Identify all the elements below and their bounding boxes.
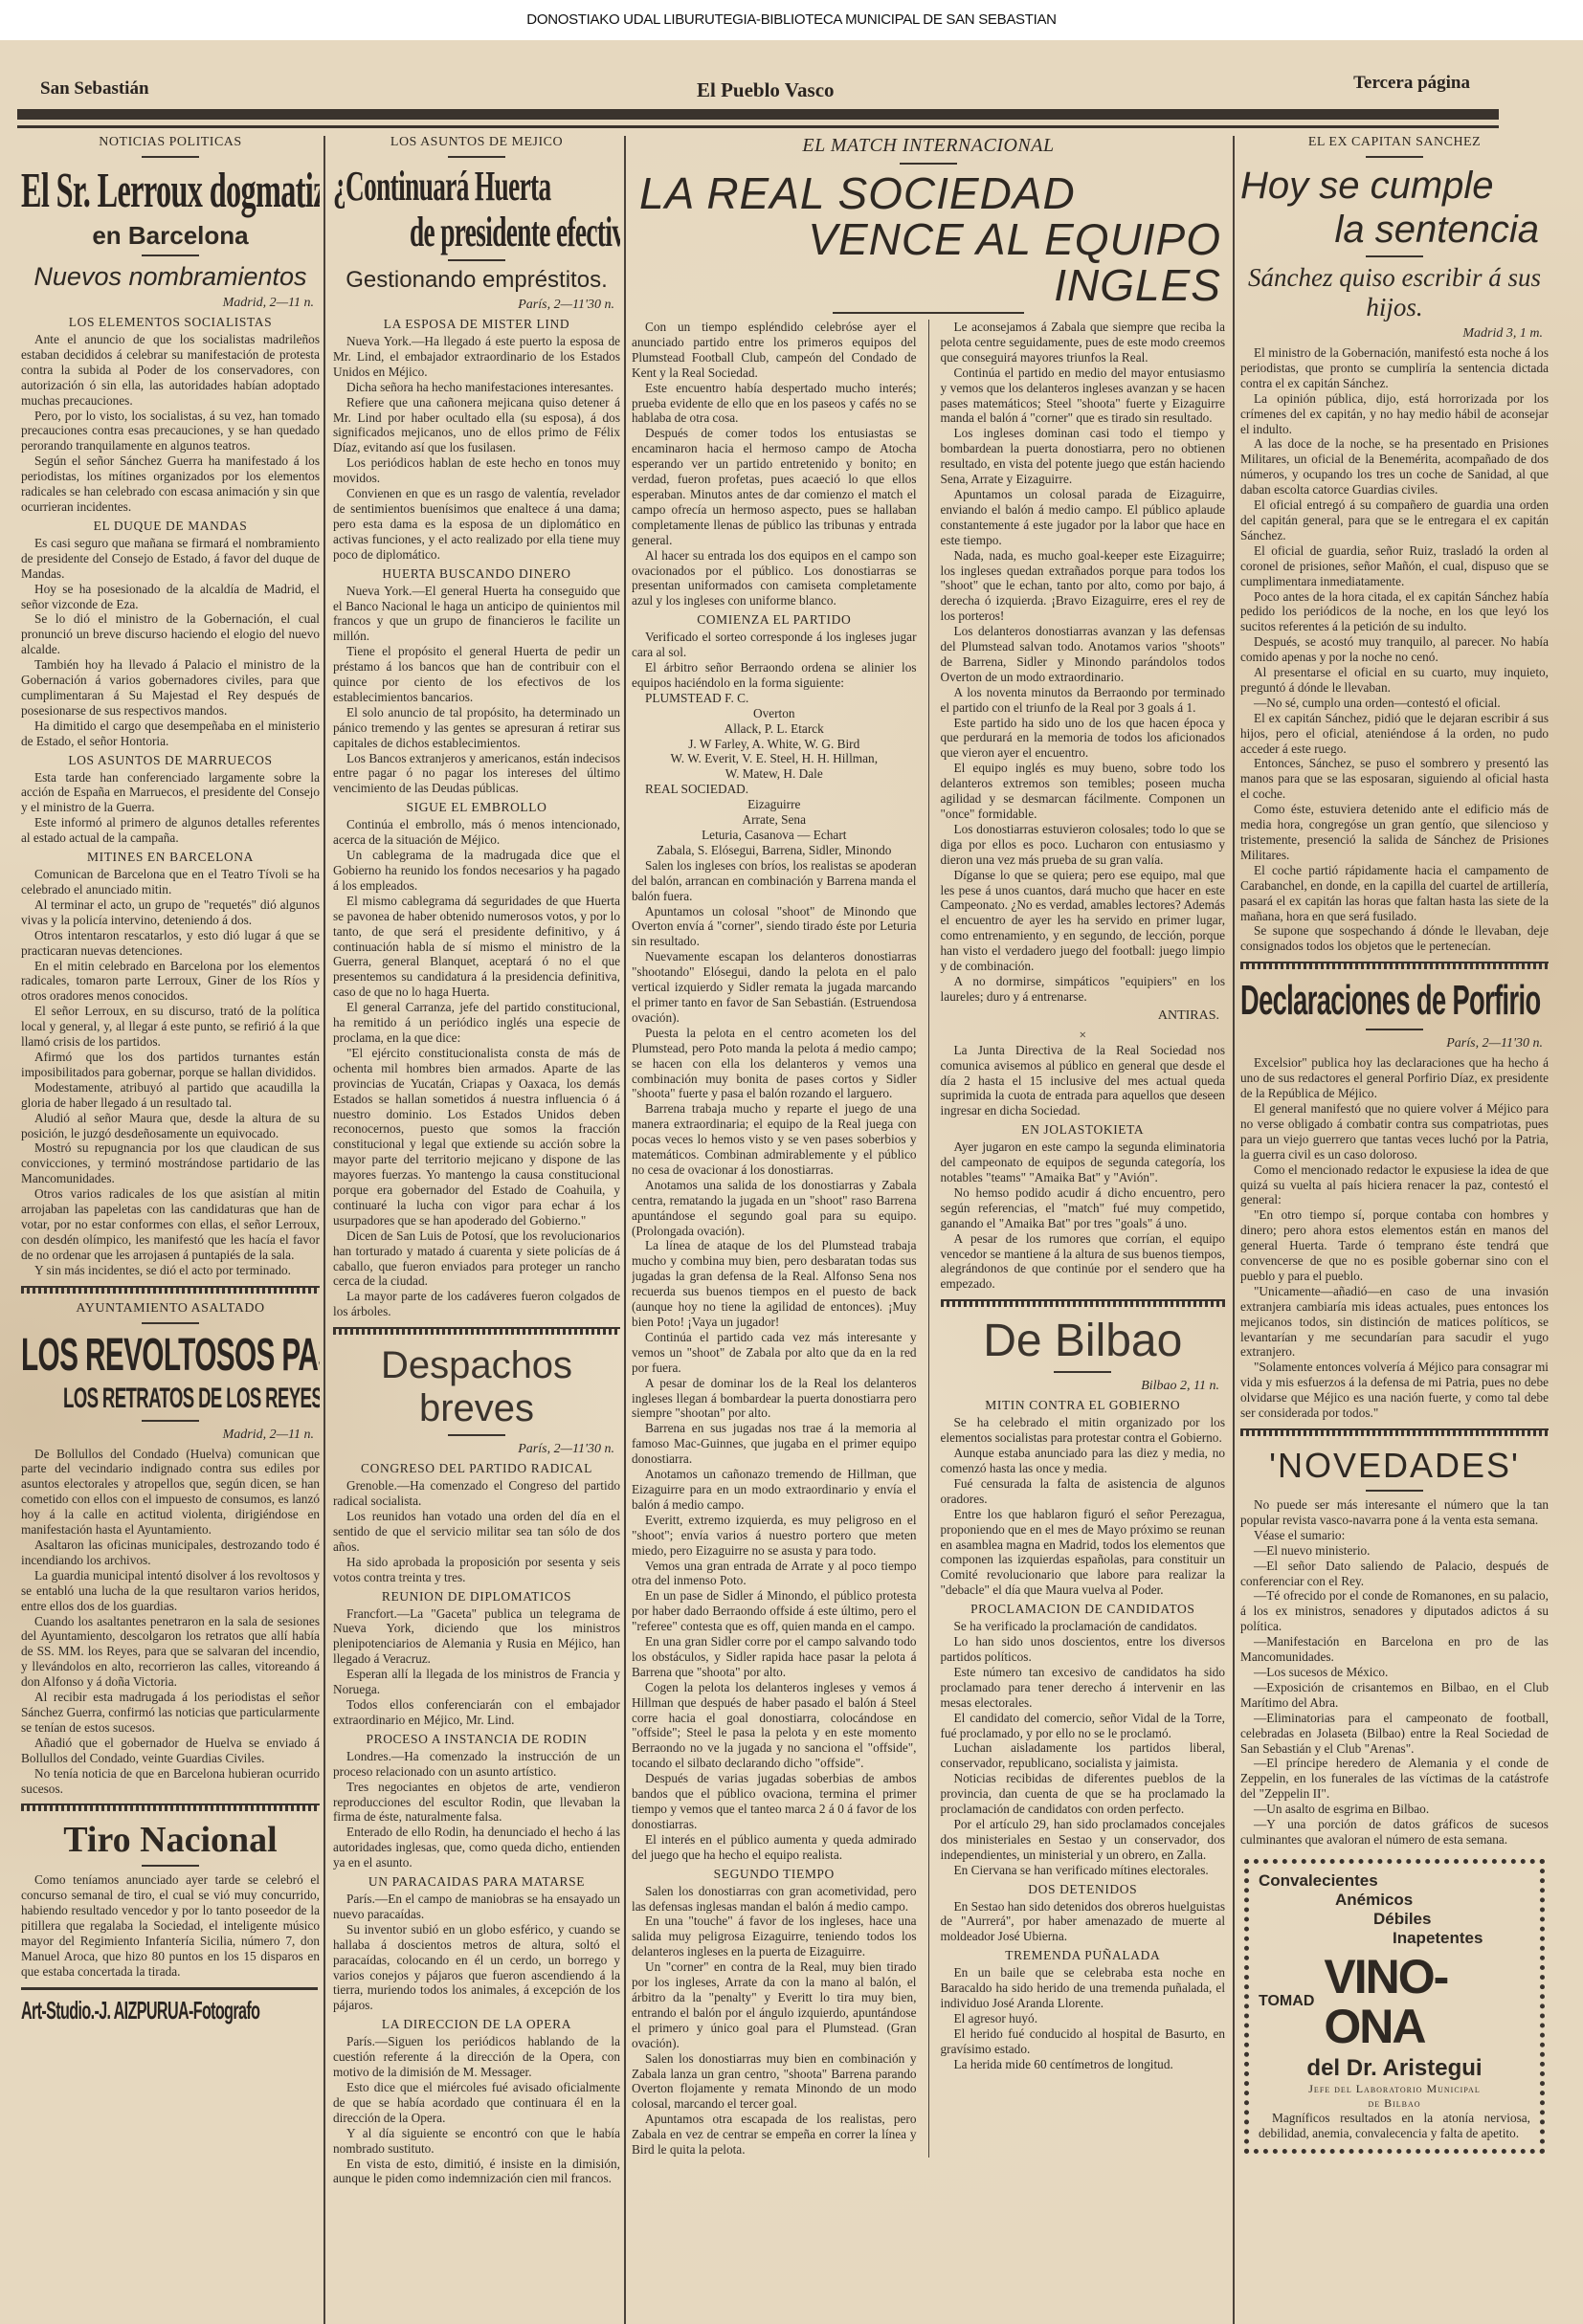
section-subhead: SEGUNDO TIEMPO [632,1867,917,1882]
section-subhead: PROCLAMACION DE CANDIDATOS [941,1602,1226,1617]
paragraph: En el mitin celebrado en Barcelona por l… [21,959,320,1005]
dateline: París, 2—11'30 n. [1240,1036,1543,1051]
ornamental-rule [1240,962,1549,969]
paragraph: Otros intentaron rescatarlos, y esto dió… [21,928,320,959]
paragraph: Un "corner" en contra de la Real, muy bi… [632,1959,917,2050]
paragraph: A no dormirse, simpáticos "equipiers" en… [941,974,1226,1005]
team-name: PLUMSTEAD F. C. [632,691,917,706]
section-subhead: LOS ELEMENTOS SOCIALISTAS [21,315,320,330]
paragraph: Los reunidos han votado una orden del dí… [333,1509,620,1555]
paragraph: Esto dice que el miércoles fué avisado o… [333,2080,620,2126]
paragraph: El solo anuncio de tal propósito, ha det… [333,705,620,751]
list-item: —El nuevo ministerio. [1240,1543,1549,1559]
paragraph: Barrena trabaja mucho y reparte el juego… [632,1101,917,1178]
paragraph: Véase el sumario: [1240,1528,1549,1543]
paragraph: Entre los que hablaron figuró el señor P… [941,1507,1226,1598]
section-subhead: MITINES EN BARCELONA [21,850,320,865]
paragraph: Al hacer su entrada los dos equipos en e… [632,548,917,609]
paragraph: Los periódicos hablan de este hecho en t… [333,455,620,486]
paragraph: El herido fué conducido al hospital de B… [941,2026,1226,2057]
paragraph: El interés en el público aumenta y queda… [632,1832,917,1863]
paragraph: Asaltaron las oficinas municipales, dest… [21,1538,320,1568]
match-left-column: Con un tiempo espléndido celebróse ayer … [632,320,917,2158]
paragraph: Pero, por lo visto, los socialistas, á s… [21,409,320,454]
headline: 'NOVEDADES' [1240,1446,1549,1486]
paragraph: Díganse lo que se quiera; pero ese equip… [941,868,1226,974]
paragraph: El equipo inglés es muy bueno, sobre tod… [941,761,1226,822]
paragraph: Continúa el partido cada vez más interes… [632,1330,917,1376]
paragraph: Después de varias jugadas soberbias de a… [632,1771,917,1832]
paragraph: El general manifestó que no quiere volve… [1240,1101,1549,1162]
paragraph: En un pase de Sidler á Minondo, el públi… [632,1588,917,1634]
masthead-rule-thin [17,125,1499,128]
paragraph: El general Carranza, jefe del partido co… [333,1000,620,1046]
paragraph: En Ciervana se han verificado mítines el… [941,1863,1226,1878]
paragraph: Como el mencionado redactor le expusiese… [1240,1162,1549,1208]
section-subhead: CONGRESO DEL PARTIDO RADICAL [333,1461,620,1476]
divider [1366,255,1423,257]
section-subhead: COMIENZA EL PARTIDO [632,612,917,628]
column-divider [624,136,626,2324]
headline: Despachos breves [333,1344,620,1430]
paragraph: En vista de esto, dimitió, é insiste en … [333,2157,620,2187]
list-item: —Los sucesos de México. [1240,1665,1549,1680]
section-subhead: TREMENDA PUÑALADA [941,1948,1226,1963]
ad-body: Magníficos resultados en la atonía nervi… [1259,2111,1530,2141]
paragraph: Esperan allí la llegada de los ministros… [333,1667,620,1697]
ad-title: Jefe del Laboratorio Municipal [1259,2082,1530,2096]
paragraph: Ha dimitido el cargo que desempeñaba en … [21,719,320,749]
lineup-line: Overton [632,706,917,721]
paragraph: Es casi seguro que mañana se firmará el … [21,536,320,582]
paragraph: Verificado el sorteo corresponde á los i… [632,630,917,660]
paragraph: Este encuentro había despertado mucho in… [632,381,917,427]
divider [1366,1029,1423,1030]
divider [1366,1490,1423,1492]
lineup-line: Leturia, Casanova — Echart [632,828,917,843]
divider [448,259,505,261]
paragraph: Dicen de San Luis de Potosí, que los rev… [333,1228,620,1290]
paragraph: —No sé, cumplo una orden—contestó el ofi… [1240,696,1549,711]
paragraph: Los ingleses dominan casi todo el tiempo… [941,426,1226,487]
paragraph: —Y una porción de datos gráficos de suce… [1240,1817,1549,1848]
advertisement-footer: Art-Studio.-J. AIZPURUA-Fotografo [21,1987,318,2025]
lineup-line: W. W. Everit, V. E. Steel, H. H. Hillman… [632,751,917,766]
paragraph: Nueva York.—El general Huerta ha consegu… [333,584,620,645]
paragraph: En Sestao han sido detenidos dos obreros… [941,1899,1226,1945]
paragraph: Lo han sido unos doscientos, entre los d… [941,1634,1226,1665]
paragraph: La herida mide 60 centímetros de longitu… [941,2057,1226,2072]
paragraph: Un cablegrama de la madrugada dice que e… [333,848,620,894]
ad-line: Anémicos [1259,1891,1530,1910]
paragraph: Salen los ingleses con bríos, los realis… [632,858,917,904]
paragraph: Anotamos una salida de los donostiarras … [632,1178,917,1239]
dateline: París, 2—11'30 n. [333,298,614,313]
headline: Declaraciones de Porfirio Díaz [1240,977,1549,1025]
archive-banner: DONOSTIAKO UDAL LIBURUTEGIA-BIBLIOTECA M… [0,0,1583,40]
section-subhead: DOS DETENIDOS [941,1882,1226,1897]
paragraph: El agresor huyó. [941,2011,1226,2026]
section-subhead: LOS ASUNTOS DE MARRUECOS [21,753,320,768]
paragraph: Anotamos un cañonazo tremendo de Hillman… [632,1467,917,1513]
ad-product-row: TOMAD VINO-ONA [1259,1952,1530,2051]
headline-line-1: ¿Continuará Huerta [333,164,620,210]
paragraph: A los noventa minutos da Berraondo por t… [941,685,1226,716]
paragraph: Los Bancos extranjeros y americanos, est… [333,751,620,797]
section-subhead: EN JOLASTOKIETA [941,1122,1226,1138]
deck: Gestionando empréstitos. [333,267,620,294]
ad-line: Inapetentes [1259,1929,1530,1948]
masthead-rule-thick [17,109,1499,120]
paragraph: Noticias recibidas de diferentes pueblos… [941,1771,1226,1817]
divider [142,1865,199,1867]
paragraph: Londres.—Ha comenzado la instrucción de … [333,1749,620,1780]
paragraph: Como éste, estuviera detenido ante el ed… [1240,802,1549,863]
section-subhead: SIGUE EL EMBROLLO [333,800,620,815]
ornamental-rule [1240,1428,1549,1436]
paragraph: A las doce de la noche, se ha presentado… [1240,436,1549,498]
ad-doctor: del Dr. Aristegui [1259,2055,1530,2082]
masthead-city: San Sebastián [40,78,149,100]
list-item: —Eliminatorias para el campeonato de foo… [1240,1711,1549,1757]
headline-line-2: VENCE AL EQUIPO INGLES [632,216,1225,308]
headline: El Sr. Lerroux dogmatiza [21,164,318,219]
headline-line-1: Hoy se cumple [1240,164,1549,208]
separator-glyph: × [941,1028,1226,1043]
section-subhead: HUERTA BUSCANDO DINERO [333,566,620,582]
paragraph: La mayor parte de los cadáveres fueron c… [333,1289,620,1319]
paragraph: Se ha celebrado el mitin organizado por … [941,1415,1226,1446]
section-subhead: PROCESO A INSTANCIA DE RODIN [333,1732,620,1747]
column-divider [323,136,325,2324]
paragraph: Por el artículo 29, han sido proclamados… [941,1817,1226,1863]
paragraph: "El ejército constitucionalista consta d… [333,1046,620,1228]
paragraph: El ex capitán Sánchez, pidió que le deja… [1240,711,1549,757]
list-item: —Exposición de crisantemos en Bilbao, en… [1240,1680,1549,1711]
paragraph: A pesar de los rumores que corrían, el e… [941,1231,1226,1293]
paragraph: Le aconsejamos á Zabala que siempre que … [941,320,1226,365]
paragraph: Ante el anuncio de que los socialistas m… [21,332,320,409]
lineup-line: Arrate, Sena [632,812,917,828]
paragraph: De Bollullos del Condado (Huelva) comuni… [21,1447,320,1538]
paragraph: Tres negociantes en objetos de arte, ven… [333,1780,620,1826]
list-item: —Un asalto de esgrima en Bilbao. [1240,1802,1549,1817]
section-subhead: LA DIRECCION DE LA OPERA [333,2017,620,2032]
paragraph: Cuando los asaltantes penetraron en la s… [21,1614,320,1691]
ad-title: de Bilbao [1259,2096,1530,2111]
section-kicker: NOTICIAS POLITICAS [21,135,320,150]
paragraph: Después de comer todos los entusiastas s… [632,426,917,547]
column-football-match: EL MATCH INTERNACIONAL LA REAL SOCIEDAD … [632,131,1225,2303]
section-kicker: AYUNTAMIENTO ASALTADO [21,1301,320,1317]
section-subhead: REUNION DE DIPLOMATICOS [333,1589,620,1605]
paragraph: Con un tiempo espléndido celebróse ayer … [632,320,917,381]
paragraph: La línea de ataque de los del Plumstead … [632,1238,917,1329]
paragraph: La opinión pública, dijo, está horroriza… [1240,391,1549,437]
headline: Tiro Nacional [21,1819,320,1861]
paragraph: Afirmó que los dos partidos turnantes es… [21,1050,320,1080]
headline: De Bilbao [941,1315,1226,1367]
divider [1366,156,1423,158]
headline-line-2: la sentencia [1240,208,1549,252]
paragraph: La Junta Directiva de la Real Sociedad n… [941,1043,1226,1119]
dateline: París, 2—11'30 n. [333,1442,614,1457]
divider [142,255,199,256]
ornamental-rule [21,1804,320,1811]
masthead-title: El Pueblo Vasco [697,78,835,102]
paragraph: El señor Lerroux, en su discurso, trató … [21,1004,320,1050]
paragraph: "Solamente entonces volvería á Méjico pa… [1240,1360,1549,1421]
section-kicker: LOS ASUNTOS DE MEJICO [333,135,620,150]
paragraph: Enterado de ello Rodin, ha denunciado el… [333,1825,620,1870]
paragraph: No hemso podido acudir á dicho encuentro… [941,1185,1226,1231]
paragraph: El mismo cablegrama dá seguridades de qu… [333,894,620,1000]
paragraph: Excelsior" publica hoy las declaraciones… [1240,1055,1549,1101]
divider [142,156,199,158]
paragraph: Mostró su repugnancia por los que claudi… [21,1140,320,1186]
paragraph: Nueva York.—Ha llegado á este puerto la … [333,334,620,380]
dateline: Madrid 3, 1 m. [1240,326,1543,342]
paragraph: Añadió que el gobernador de Huelva se en… [21,1736,320,1766]
paragraph: Y al día siguiente se encontró con que l… [333,2126,620,2157]
list-item: —El señor Dato saliendo de Palacio, desp… [1240,1559,1549,1589]
paragraph: Los donostiarras estuvieron colosales; t… [941,822,1226,868]
section-subhead: LA ESPOSA DE MISTER LIND [333,317,620,332]
paragraph: Barrena en sus jugadas nos trae á la mem… [632,1421,917,1467]
lineup-line: J. W Farley, A. White, W. G. Bird [632,737,917,752]
section-subhead: UN PARACAIDAS PARA MATARSE [333,1874,620,1890]
headline-line-1: LA REAL SOCIEDAD [632,170,1225,216]
paragraph: Se ha verificado la proclamación de cand… [941,1619,1226,1634]
paragraph: Refiere que una cañonera mejicana quiso … [333,395,620,456]
paragraph: Comunican de Barcelona que en el Teatro … [21,867,320,897]
paragraph: También hoy ha llevado á Palacio el mini… [21,657,320,719]
divider [448,1434,505,1436]
dateline: Madrid, 2—11 n. [21,1428,314,1443]
paragraph: Modestamente, atribuyó al partido que ac… [21,1080,320,1111]
lineup-line: Zabala, S. Elósegui, Barrena, Sidler, Mi… [632,843,917,858]
divider [448,156,505,158]
ad-tomad: TOMAD [1259,1993,1314,2010]
ad-product-name: VINO-ONA [1324,1952,1530,2051]
paragraph: "En otro tiempo sí, porque contaba con h… [1240,1207,1549,1284]
paragraph: Se lo dió el ministro de la Gobernación,… [21,611,320,657]
paragraph: Como teníamos anunciado ayer tarde se ce… [21,1872,320,1979]
paragraph: Entonces, Sánchez, se puso el sombrero y… [1240,756,1549,802]
paragraph: Este informó al primero de algunos detal… [21,815,320,846]
headline-line-2: de presidente efectivo? [410,210,620,255]
paragraph: Ayer jugaron en este campo la segunda el… [941,1140,1226,1185]
paragraph: Salen los donostiarras muy bien en combi… [632,2051,917,2113]
paragraph: París.—En el campo de maniobras se ha en… [333,1892,620,1922]
paragraph: Y sin más incidentes, se dió el acto por… [21,1263,320,1278]
paragraph: El árbitro señor Berraondo ordena se ali… [632,660,917,691]
deck: Nuevos nombramientos [21,262,320,292]
paragraph: Este número tan excesivo de candidatos h… [941,1665,1226,1711]
divider [142,1322,199,1324]
paragraph: Fué censurada la falta de asistencia de … [941,1476,1226,1507]
masthead-page: Tercera página [1353,73,1470,94]
lineup-line: Eizaguirre [632,797,917,812]
masthead: San Sebastián El Pueblo Vasco Tercera pá… [17,77,1499,105]
section-kicker: EL MATCH INTERNACIONAL [632,135,1225,157]
paragraph: El oficial entregó á su compañero de gua… [1240,498,1549,543]
list-item: —Té ofrecido por el conde de Romanones, … [1240,1588,1549,1634]
paragraph: "Unicamente—añadió—en caso de una invasi… [1240,1284,1549,1361]
paragraph: Ha sido aprobada la proposición por sese… [333,1555,620,1585]
paragraph: Aunque estaba anunciado para las diez y … [941,1446,1226,1476]
paragraph: En una gran Sidler corre por el campo sa… [632,1634,917,1680]
dateline: Madrid, 2—11 n. [21,296,314,311]
paragraph: Cogen la pelota los delanteros ingleses … [632,1680,917,1771]
paragraph: Puesta la pelota en el centro acometen l… [632,1026,917,1102]
column-divider [1233,136,1235,2324]
divider [142,1420,199,1422]
column-mexico: LOS ASUNTOS DE MEJICO ¿Continuará Huerta… [333,131,620,2303]
divider [1054,1371,1111,1373]
paragraph: Se supone que sospechando á dónde le lle… [1240,923,1549,954]
lineup-line: Allack, P. L. Etarck [632,721,917,737]
byline: ANTIRAS. [941,1008,1220,1024]
paragraph: Poco antes de la hora citada, el ex capi… [1240,589,1549,635]
paragraph: Vemos una gran entrada de Arrate y al po… [632,1559,917,1589]
paragraph: Convienen en que es un rasgo de valentía… [333,486,620,563]
ornamental-rule [333,1327,620,1335]
newspaper-page: San Sebastián El Pueblo Vasco Tercera pá… [0,40,1583,2324]
paragraph: Nada, nada, es mucho goal-keeper este Ei… [941,548,1226,625]
ad-line: Convalecientes [1259,1871,1530,1891]
paragraph: Aludió al señor Maura que, desde la altu… [21,1111,320,1141]
paragraph: Al terminar el acto, un grupo de "requet… [21,897,320,928]
dateline: Bilbao 2, 11 n. [941,1379,1220,1394]
paragraph: Después, se acostó muy tranquilo, al par… [1240,634,1549,665]
paragraph: Hoy se ha posesionado de la alcaldía de … [21,582,320,612]
paragraph: Continúa el partido en medio del mayor e… [941,365,1226,427]
paragraph: Continúa el embrollo, más ó menos intenc… [333,817,620,848]
paragraph: Grenoble.—Ha comenzado el Congreso del p… [333,1478,620,1509]
subheadline: en Barcelona [21,221,320,251]
section-subhead: MITIN CONTRA EL GOBIERNO [941,1398,1226,1413]
paragraph: Apuntamos un colosal parada de Eizaguirr… [941,487,1226,548]
ornamental-rule [21,1286,320,1294]
headline: LOS REVOLTOSOS PASEAN EN TRIUNFO [21,1330,318,1382]
divider [900,163,957,165]
paragraph: El oficial de guardia, señor Ruiz, trasl… [1240,543,1549,589]
paragraph: El ministro de la Gobernación, manifestó… [1240,345,1549,391]
deck: Sánchez quiso escribir á sus hijos. [1240,263,1549,322]
advertisement-vino-ona: Convalecientes Anémicos Débiles Inapeten… [1244,1859,1545,2154]
paragraph: Nuevamente escapan los delanteros donost… [632,949,917,1026]
paragraph: No puede ser más interesante el número q… [1240,1497,1549,1528]
column-politics: NOTICIAS POLITICAS El Sr. Lerroux dogmat… [21,131,320,2303]
team-name: REAL SOCIEDAD. [632,782,917,797]
paragraph: En un baile que se celebraba esta noche … [941,1965,1226,2011]
paragraph: Apuntamos un colosal "shoot" de Minondo … [632,904,917,950]
paragraph: En una "touche" á favor de los ingleses,… [632,1914,917,1959]
lineup-line: W. Matew, H. Dale [632,766,917,782]
paragraph: Francfort.—La "Gaceta" publica un telegr… [333,1606,620,1668]
headline: Hoy se cumple la sentencia [1240,164,1549,252]
paragraph: A pesar de dominar los de la Real los de… [632,1376,917,1422]
paragraph: Todos ellos conferenciarán con el embaja… [333,1697,620,1728]
paragraph: Al presentarse el oficial en su cuarto, … [1240,665,1549,696]
ornamental-rule [941,1299,1226,1307]
paragraph: París.—Siguen los periódicos hablando de… [333,2034,620,2080]
section-subhead: EL DUQUE DE MANDAS [21,519,320,534]
paragraph: Su inventor subió en un globo esférico, … [333,1922,620,2013]
paragraph: Otros varios radicales de los que asistí… [21,1186,320,1263]
ad-line: Débiles [1259,1910,1530,1929]
ornamental-divider [833,312,1024,314]
paragraph: Esta tarde han conferenciado largamente … [21,770,320,816]
list-item: —El príncipe heredero de Alemania y el c… [1240,1756,1549,1802]
section-kicker: EL EX CAPITAN SANCHEZ [1240,135,1549,150]
column-sanchez: EL EX CAPITAN SANCHEZ Hoy se cumple la s… [1240,131,1549,2303]
two-column-body: Con un tiempo espléndido celebróse ayer … [632,320,1225,2158]
paragraph: Tiene el propósito el general Huerta de … [333,644,620,705]
paragraph: El coche partió rápidamente hacia el cam… [1240,863,1549,924]
paragraph: Dicha señora ha hecho manifestaciones in… [333,380,620,395]
column-divider [928,320,929,2158]
list-item: —Manifestación en Barcelona en pro de la… [1240,1634,1549,1665]
paragraph: La guardia municipal intentó disolver á … [21,1568,320,1614]
paragraph: Salen los donostiarras con gran acometiv… [632,1884,917,1915]
paragraph: Luchan aisladamente los partidos liberal… [941,1740,1226,1771]
paragraph: Everitt, extremo izquierda, es muy pelig… [632,1513,917,1559]
headline: LA REAL SOCIEDAD VENCE AL EQUIPO INGLES [632,170,1225,308]
paragraph: El candidato del comercio, señor Vidal d… [941,1711,1226,1741]
paragraph: Los delanteros donostiarras avanzan y la… [941,624,1226,685]
subheadline: LOS RETRATOS DE LOS REYES [63,1382,301,1416]
paragraph: Apuntamos otra escapada de los realistas… [632,2112,917,2158]
paragraph: Según el señor Sánchez Guerra ha manifes… [21,454,320,515]
paragraph: Este partido ha sido uno de los que hace… [941,716,1226,762]
match-right-column: Le aconsejamos á Zabala que siempre que … [941,320,1226,2158]
paragraph: No tenía noticia de que en Barcelona hub… [21,1766,320,1797]
paragraph: Al recibir esta madrugada á los periodis… [21,1690,320,1736]
